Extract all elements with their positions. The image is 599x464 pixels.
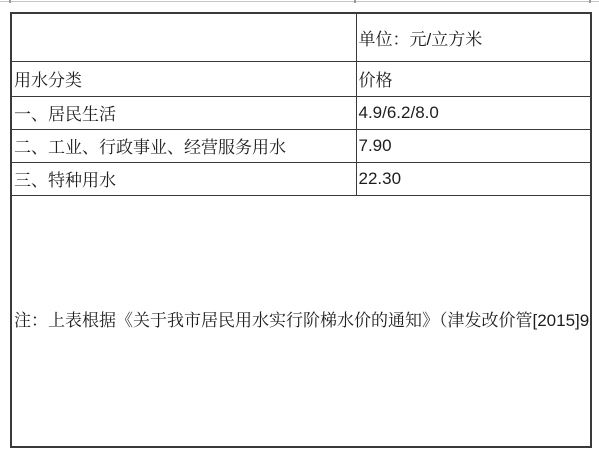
table-note: 注：上表根据《关于我市居民用水实行阶梯水价的通知》（津发改价管[2015]986… bbox=[14, 302, 588, 339]
row-price: 22.30 bbox=[356, 162, 591, 195]
note-row: 注：上表根据《关于我市居民用水实行阶梯水价的通知》（津发改价管[2015]986… bbox=[11, 195, 591, 447]
unit-row: 单位：元/立方米 bbox=[11, 13, 591, 61]
row-category: 三、特种用水 bbox=[11, 162, 356, 195]
col-header-category: 用水分类 bbox=[11, 61, 356, 96]
water-price-page: 单位：元/立方米 用水分类 价格 一、居民生活 4.9/6.2/8.0 二、工业… bbox=[0, 0, 599, 464]
cropped-row-remnant-line bbox=[0, 1, 599, 2]
table-row-industrial: 二、工业、行政事业、经营服务用水 7.90 bbox=[11, 129, 591, 162]
table-row-residential: 一、居民生活 4.9/6.2/8.0 bbox=[11, 96, 591, 129]
water-price-table: 单位：元/立方米 用水分类 价格 一、居民生活 4.9/6.2/8.0 二、工业… bbox=[10, 12, 592, 448]
header-row: 用水分类 价格 bbox=[11, 61, 591, 96]
row-category: 二、工业、行政事业、经营服务用水 bbox=[11, 129, 356, 162]
table-row-special: 三、特种用水 22.30 bbox=[11, 162, 591, 195]
row-price: 7.90 bbox=[356, 129, 591, 162]
unit-label: 单位：元/立方米 bbox=[356, 13, 591, 61]
empty-cell bbox=[11, 13, 356, 61]
cropped-border-stub-right bbox=[589, 0, 591, 3]
cropped-border-stub-middle bbox=[354, 0, 356, 3]
note-cell: 注：上表根据《关于我市居民用水实行阶梯水价的通知》（津发改价管[2015]986… bbox=[11, 195, 591, 447]
cropped-border-stub-left bbox=[9, 0, 11, 3]
row-price: 4.9/6.2/8.0 bbox=[356, 96, 591, 129]
row-category: 一、居民生活 bbox=[11, 96, 356, 129]
col-header-price: 价格 bbox=[356, 61, 591, 96]
